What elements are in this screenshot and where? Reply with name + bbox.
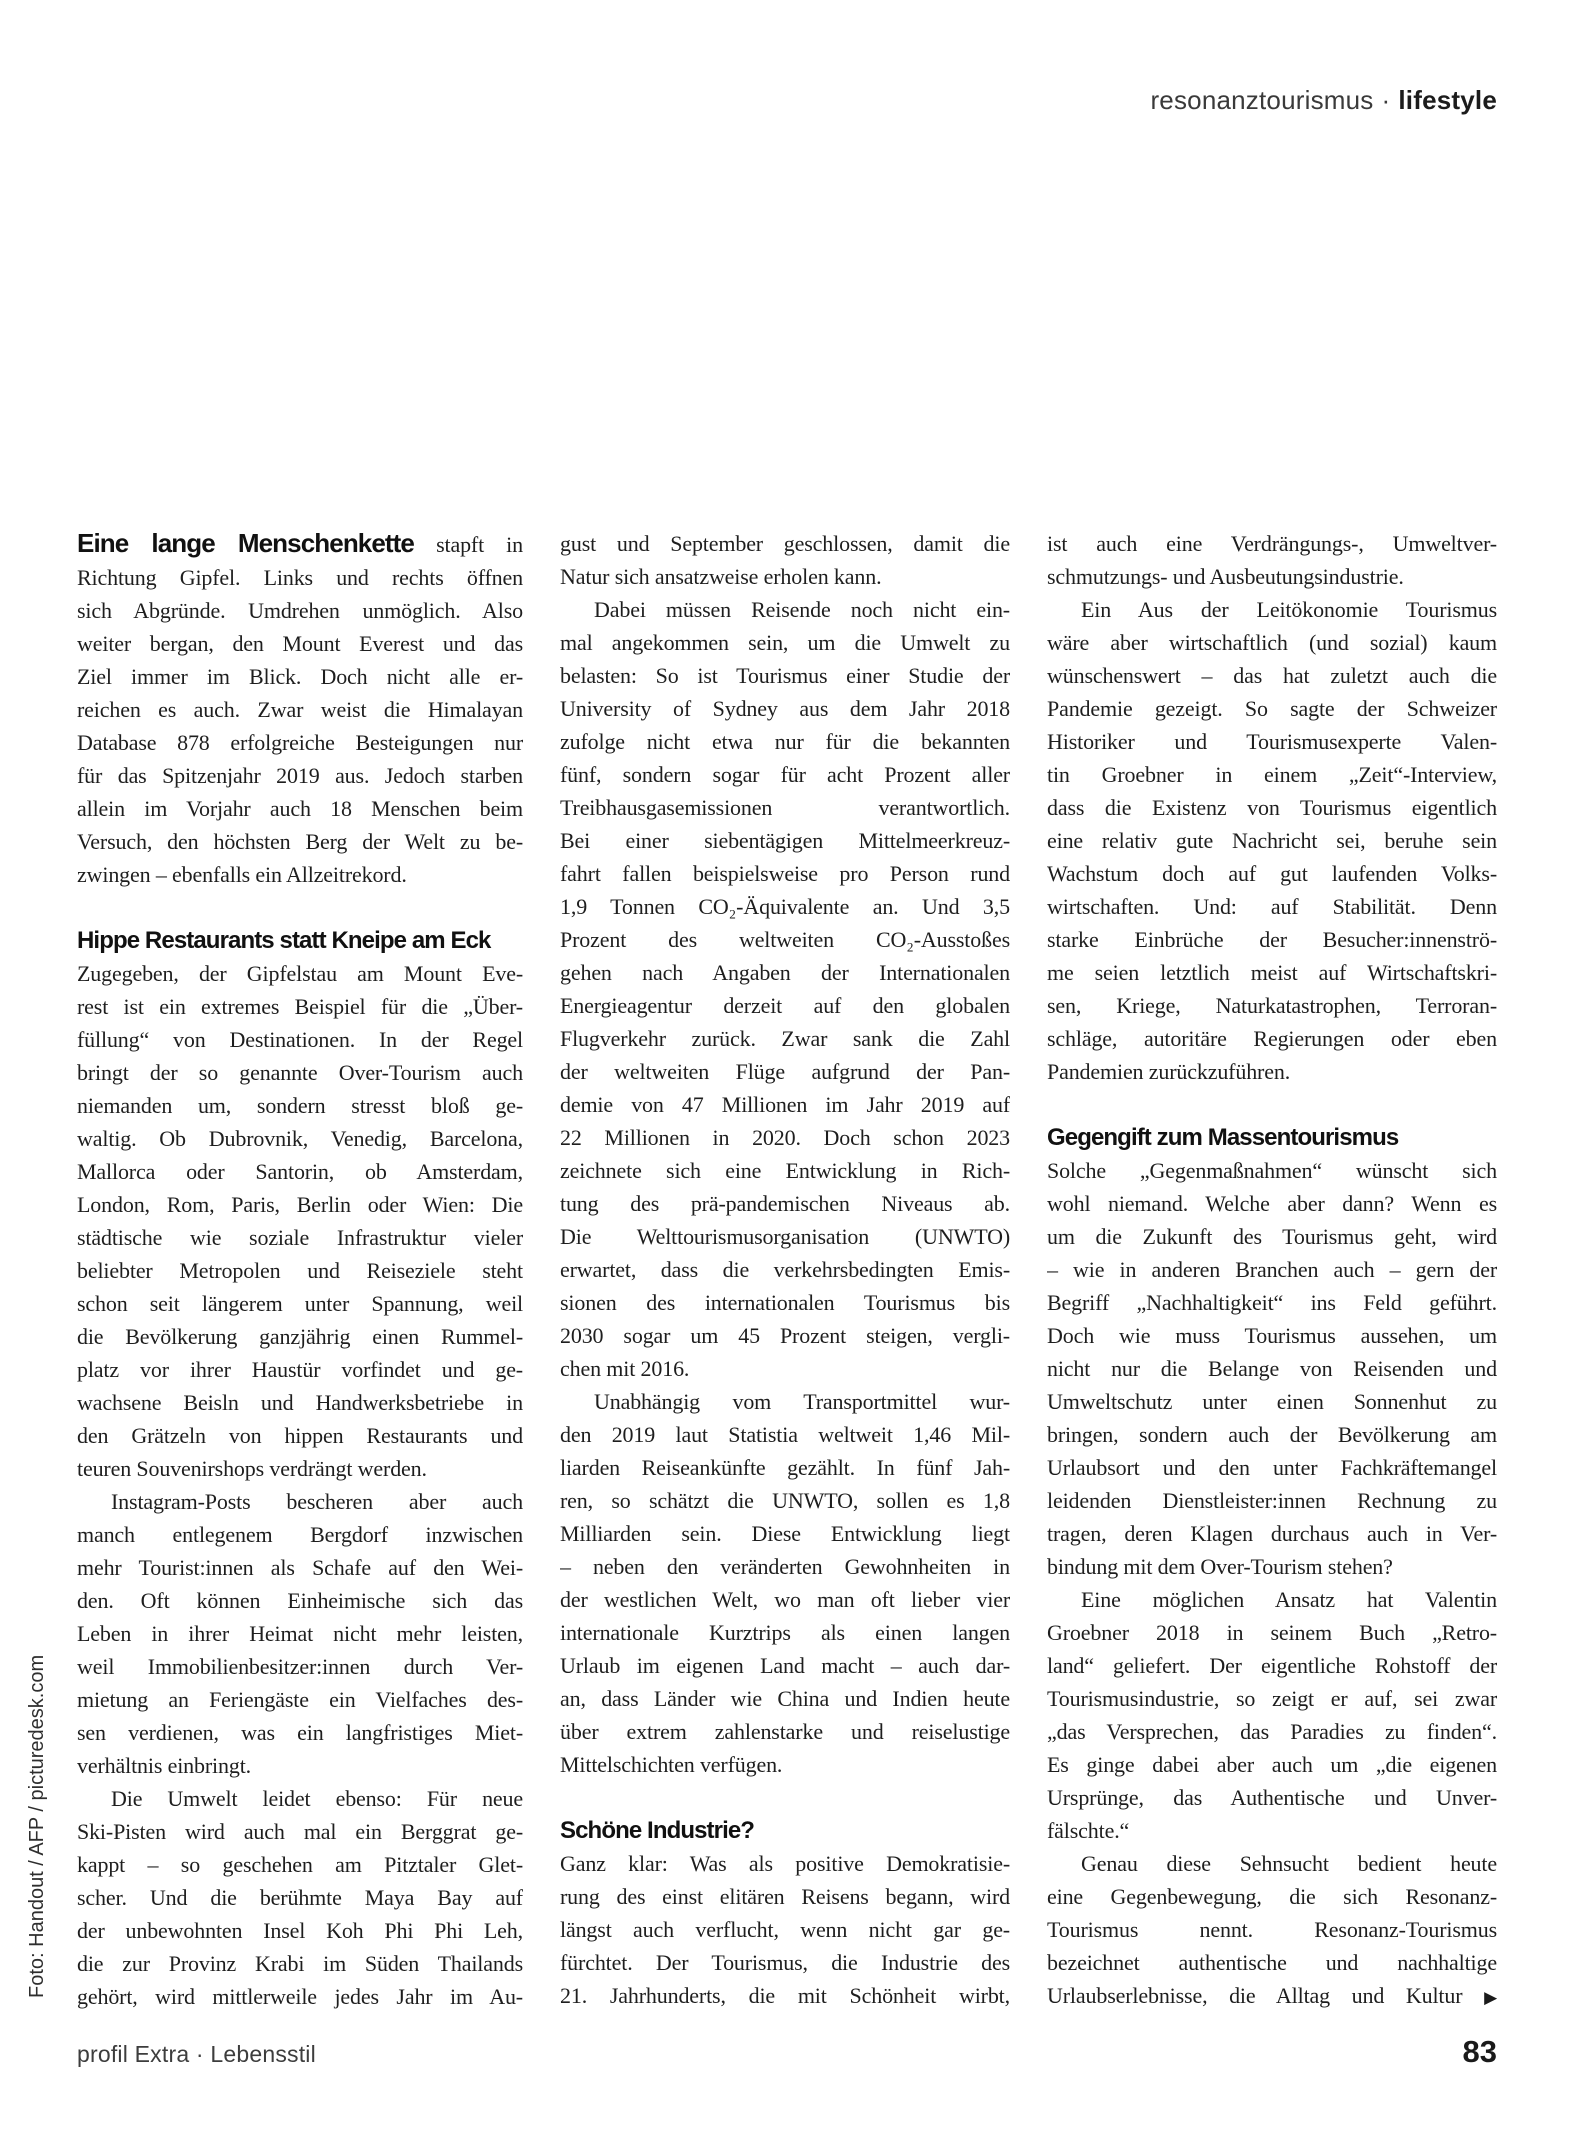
page-number: 83 [1463,2034,1497,2070]
column-2: gust und September geschlossen, damit di… [560,527,1010,2019]
text-line: gehen nach Angaben der Internationalen [560,956,1010,989]
text-line: scher. Und die berühmte Maya Bay auf [77,1881,523,1914]
text-line: Pandemien zurückzuführen. [1047,1055,1497,1088]
text-line: zwingen – ebenfalls ein Allzeitrekord. [77,858,523,891]
text-line: Wachstum doch auf gut laufenden Volks- [1047,857,1497,890]
text-line: der unbewohnten Insel Koh Phi Phi Leh, [77,1914,523,1947]
text-line: Eine möglichen Ansatz hat Valentin [1047,1583,1497,1616]
text-line: Doch wie muss Tourismus aussehen, um [1047,1319,1497,1352]
text-line: schmutzungs- und Ausbeutungsindustrie. [1047,560,1497,593]
section-subhead: Schöne Industrie? [560,1814,1010,1847]
text-line: bringt der so genannte Over-Tourism auch [77,1056,523,1089]
text-line: kappt – so geschehen am Pitztaler Glet- [77,1848,523,1881]
text-line: tin Groebner in einem „Zeit“-Interview, [1047,758,1497,791]
text-line: wirtschaften. Und: auf Stabilität. Denn [1047,890,1497,923]
text-line: Die Umwelt leidet ebenso: Für neue [77,1782,523,1815]
header-separator: · [1382,85,1391,115]
text-line: städtische wie soziale Infrastruktur vie… [77,1221,523,1254]
text-line: Prozent des weltweiten CO₂-Ausstoßes [560,923,1010,956]
text-line: längst auch verflucht, wenn nicht gar ge… [560,1913,1010,1946]
text-line: „das Versprechen, das Paradies zu finden… [1047,1715,1497,1748]
text-line: Urlaubsort und den unter Fachkräftemange… [1047,1451,1497,1484]
text-line: mietung an Feriengäste ein Vielfaches de… [77,1683,523,1716]
text-line: den Grätzeln von hippen Restaurants und [77,1419,523,1452]
text-line: verhältnis einbringt. [77,1749,523,1782]
text-line: zeichnete sich eine Entwicklung in Rich- [560,1154,1010,1187]
text-line: eine relativ gute Nachricht sei, beruhe … [1047,824,1497,857]
text-line: schläge, autoritäre Regierungen oder ebe… [1047,1022,1497,1055]
text-line: sionen des internationalen Tourismus bis [560,1286,1010,1319]
continued-arrow-icon: ▶ [1484,1988,1497,2007]
text-line: internationale Kurztrips als einen lange… [560,1616,1010,1649]
text-line: Energieagentur derzeit auf den globalen [560,989,1010,1022]
text-line: sich Abgründe. Umdrehen unmöglich. Also [77,594,523,627]
text-line: allein im Vorjahr auch 18 Menschen beim [77,792,523,825]
text-line: Unabhängig vom Transportmittel wur- [560,1385,1010,1418]
text-line: rung des einst elitären Reisens begann, … [560,1880,1010,1913]
text-line: beliebter Metropolen und Reiseziele steh… [77,1254,523,1287]
text-line: an, dass Länder wie China und Indien heu… [560,1682,1010,1715]
text-line: Umweltschutz unter einen Sonnenhut zu [1047,1385,1497,1418]
text-line: Database 878 erfolgreiche Besteigungen n… [77,726,523,759]
photo-credit: Foto: Handout / AFP / picturedesk.com [26,1655,48,1998]
text-line: gehört, wird mittlerweile jedes Jahr im … [77,1980,523,2013]
text-line: Genau diese Sehnsucht bedient heute [1047,1847,1497,1880]
text-line: Tourismusindustrie, so zeigt er auf, sei… [1047,1682,1497,1715]
text-line: fünf, sondern sogar für acht Prozent all… [560,758,1010,791]
text-line: sen, Kriege, Naturkatastrophen, Terroran… [1047,989,1497,1022]
text-line: bringen, sondern auch der Bevölkerung am [1047,1418,1497,1451]
text-line: der weltweiten Flüge aufgrund der Pan- [560,1055,1010,1088]
text-line: ren, so schätzt die UNWTO, sollen es 1,8 [560,1484,1010,1517]
text-line: die zur Provinz Krabi im Süden Thailands [77,1947,523,1980]
text-line: – neben den veränderten Gewohnheiten in [560,1550,1010,1583]
text-line: Urlaub im eigenen Land macht – auch dar- [560,1649,1010,1682]
text-line: weiter bergan, den Mount Everest und das [77,627,523,660]
text-line: rest ist ein extremes Beispiel für die „… [77,990,523,1023]
text-line: Groebner 2018 in seinem Buch „Retro- [1047,1616,1497,1649]
text-line: belasten: So ist Tourismus einer Studie … [560,659,1010,692]
text-line: Zugegeben, der Gipfelstau am Mount Eve- [77,957,523,990]
text-line: Bei einer siebentägigen Mittelmeerkreuz- [560,824,1010,857]
text-line: Eine lange Menschenkette stapft in [77,527,523,561]
text-line: University of Sydney aus dem Jahr 2018 [560,692,1010,725]
text-line: mehr Tourist:innen als Schafe auf den We… [77,1551,523,1584]
text-line: eine Gegenbewegung, die sich Resonanz- [1047,1880,1497,1913]
text-line: die Bevölkerung ganzjährig einen Rummel- [77,1320,523,1353]
text-line: Leben in ihrer Heimat nicht mehr leisten… [77,1617,523,1650]
text-line: fahrt fallen beispielsweise pro Person r… [560,857,1010,890]
text-line: bindung mit dem Over-Tourism stehen? [1047,1550,1497,1583]
text-line: starke Einbrüche der Besucher:innenströ- [1047,923,1497,956]
text-line: mal angekommen sein, um die Umwelt zu [560,626,1010,659]
section-subhead: Gegengift zum Massentourismus [1047,1121,1497,1154]
text-line: Historiker und Tourismusexperte Valen- [1047,725,1497,758]
text-line: fürchtet. Der Tourismus, die Industrie d… [560,1946,1010,1979]
text-line: teuren Souvenirshops verdrängt werden. [77,1452,523,1485]
text-line: Die Welttourismusorganisation (UNWTO) [560,1220,1010,1253]
text-line: nicht nur die Belange von Reisenden und [1047,1352,1497,1385]
text-line: erwartet, dass die verkehrsbedingten Emi… [560,1253,1010,1286]
article-body: Eine lange Menschenkette stapft inRichtu… [77,527,1497,2019]
text-line: schon seit längerem unter Spannung, weil [77,1287,523,1320]
text-line: um die Zukunft des Tourismus geht, wird [1047,1220,1497,1253]
text-line: bezeichnet authentische und nachhaltige [1047,1946,1497,1979]
text-line: Pandemie gezeigt. So sagte der Schweizer [1047,692,1497,725]
paragraph-lead: Eine lange Menschenkette [77,528,414,558]
text-line: reichen es auch. Zwar weist die Himalaya… [77,693,523,726]
text-line: dass die Existenz von Tourismus eigentli… [1047,791,1497,824]
text-line: platz vor ihrer Haustür vorfindet und ge… [77,1353,523,1386]
text-line: Ganz klar: Was als positive Demokratisie… [560,1847,1010,1880]
text-line: wäre aber wirtschaftlich (und sozial) ka… [1047,626,1497,659]
text-line: füllung“ von Destinationen. In der Regel [77,1023,523,1056]
text-line: über extrem zahlenstarke und reiselustig… [560,1715,1010,1748]
text-line: 1,9 Tonnen CO₂-Äquivalente an. Und 3,5 [560,890,1010,923]
text-line: Instagram-Posts bescheren aber auch [77,1485,523,1518]
text-line: Ursprünge, das Authentische und Unver- [1047,1781,1497,1814]
text-line: gust und September geschlossen, damit di… [560,527,1010,560]
text-line: Dabei müssen Reisende noch nicht ein- [560,593,1010,626]
text-line: weil Immobilienbesitzer:innen durch Ver- [77,1650,523,1683]
text-line: ist auch eine Verdrängungs-, Umweltver- [1047,527,1497,560]
text-line: Mittelschichten verfügen. [560,1748,1010,1781]
text-line: Tourismus nennt. Resonanz-Tourismus [1047,1913,1497,1946]
text-line: fälschte.“ [1047,1814,1497,1847]
text-line: leidenden Dienstleister:innen Rechnung z… [1047,1484,1497,1517]
text-line: zufolge nicht etwa nur für die bekannten [560,725,1010,758]
column-3: ist auch eine Verdrängungs-, Umweltver-s… [1047,527,1497,2019]
text-line: tragen, deren Klagen durchaus auch in Ve… [1047,1517,1497,1550]
text-line: niemanden um, sondern stresst bloß ge- [77,1089,523,1122]
text-line: Begriff „Nachhaltigkeit“ ins Feld geführ… [1047,1286,1497,1319]
text-line: Urlaubserlebnisse, die Alltag und Kultur… [1047,1979,1497,2014]
text-line: der westlichen Welt, wo man oft lieber v… [560,1583,1010,1616]
text-line: me seien letztlich meist auf Wirtschafts… [1047,956,1497,989]
text-line: London, Rom, Paris, Berlin oder Wien: Di… [77,1188,523,1221]
text-line: Solche „Gegenmaßnahmen“ wünscht sich [1047,1154,1497,1187]
text-line: chen mit 2016. [560,1352,1010,1385]
footer-magazine-label: profil Extra · Lebensstil [77,2041,316,2068]
text-line: Ski-Pisten wird auch mal ein Berggrat ge… [77,1815,523,1848]
text-line: wohl niemand. Welche aber dann? Wenn es [1047,1187,1497,1220]
text-line: manch entlegenem Bergdorf inzwischen [77,1518,523,1551]
text-line: sen verdienen, was ein langfristiges Mie… [77,1716,523,1749]
text-line: Milliarden sein. Diese Entwicklung liegt [560,1517,1010,1550]
text-line: Mallorca oder Santorin, ob Amsterdam, [77,1155,523,1188]
text-line: Es ginge dabei aber auch um „die eigenen [1047,1748,1497,1781]
text-line: Treibhausgasemissionen verantwortlich. [560,791,1010,824]
text-line: wachsene Beisln und Handwerksbetriebe in [77,1386,523,1419]
text-line: demie von 47 Millionen im Jahr 2019 auf [560,1088,1010,1121]
text-line: wünschenswert – das hat zuletzt auch die [1047,659,1497,692]
text-line: land“ geliefert. Der eigentliche Rohstof… [1047,1649,1497,1682]
text-line: Richtung Gipfel. Links und rechts öffnen [77,561,523,594]
text-line: 2030 sogar um 45 Prozent steigen, vergli… [560,1319,1010,1352]
text-line: Ziel immer im Blick. Doch nicht alle er- [77,660,523,693]
text-line: für das Spitzenjahr 2019 aus. Jedoch sta… [77,759,523,792]
section-subhead: Hippe Restaurants statt Kneipe am Eck [77,924,523,957]
page-footer: profil Extra · Lebensstil 83 [77,2034,1497,2070]
text-line: 21. Jahrhunderts, die mit Schönheit wirb… [560,1979,1010,2012]
text-line: Flugverkehr zurück. Zwar sank die Zahl [560,1022,1010,1055]
text-line: Ein Aus der Leitökonomie Tourismus [1047,593,1497,626]
header-lifestyle-label: lifestyle [1398,85,1497,115]
text-line: den. Oft können Einheimische sich das [77,1584,523,1617]
text-line: tung des prä-pandemischen Niveaus ab. [560,1187,1010,1220]
page-header: resonanztourismus·lifestyle [1150,86,1497,114]
magazine-page: resonanztourismus·lifestyle Foto: Handou… [0,0,1593,2139]
text-line: waltig. Ob Dubrovnik, Venedig, Barcelona… [77,1122,523,1155]
text-line: liarden Reiseankünfte gezählt. In fünf J… [560,1451,1010,1484]
column-1: Eine lange Menschenkette stapft inRichtu… [77,527,523,2019]
header-section-label: resonanztourismus [1150,85,1373,115]
text-line: Versuch, den höchsten Berg der Welt zu b… [77,825,523,858]
text-line: Natur sich ansatzweise erholen kann. [560,560,1010,593]
text-line: den 2019 laut Statistia weltweit 1,46 Mi… [560,1418,1010,1451]
text-line: 22 Millionen in 2020. Doch schon 2023 [560,1121,1010,1154]
text-line: – wie in anderen Branchen auch – gern de… [1047,1253,1497,1286]
